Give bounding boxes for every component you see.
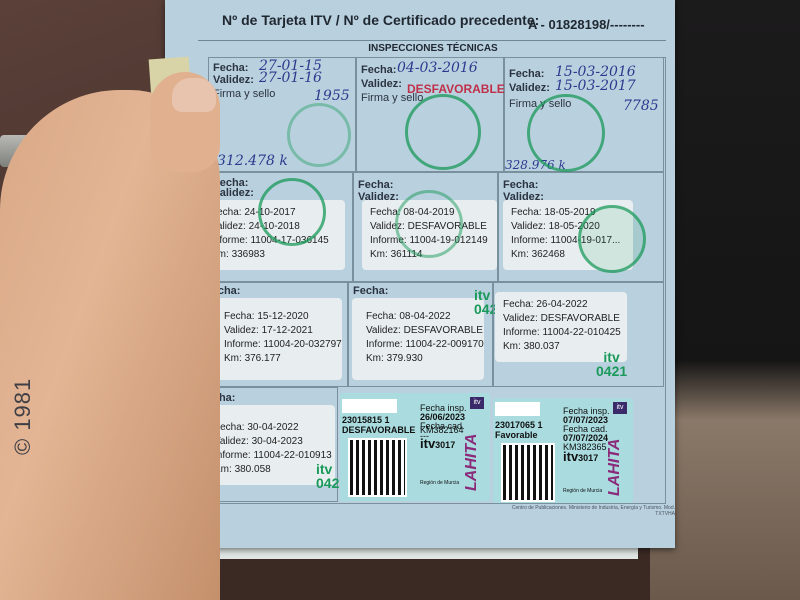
inspection-sticker: Fecha: 15-12-2020 Validez: 17-12-2021 In… (202, 298, 342, 380)
green-stamp (287, 103, 351, 167)
green-stamp (395, 190, 463, 258)
inspection-cell: Fecha: Validez: Firma y sello 04-03-2016… (356, 57, 504, 172)
card-number-value: A - 01828198/-------- (528, 17, 645, 32)
inspection-sticker: Fecha: 30-04-2022 Validez: 30-04-2023 In… (200, 405, 335, 485)
card-header: Nº de Tarjeta ITV / Nº de Certificado pr… (198, 0, 666, 41)
qr-code (501, 443, 555, 502)
green-stamp (405, 94, 481, 170)
thumbnail (172, 78, 216, 112)
itv-label-sticker: 23017065 1 Favorable Fecha insp. 07/07/2… (493, 398, 633, 503)
tattoo: © 1981 (10, 378, 36, 455)
section-title: INSPECCIONES TÉCNICAS (200, 43, 666, 54)
unfavorable-stamp: DESFAVORABLE (407, 82, 505, 96)
itv-label-sticker: 23015815 1 DESFAVORABLE Fecha insp. 26/0… (340, 393, 490, 501)
inspection-cell: Fecha: Validez: Firma y sello 15-03-2016… (504, 57, 664, 172)
green-stamp (258, 178, 326, 246)
inspection-sticker: Fecha: 08-04-2022 Validez: DESFAVORABLE … (352, 298, 484, 380)
card-number-label: Nº de Tarjeta ITV / Nº de Certificado pr… (222, 12, 539, 28)
publisher-footnote: Centro de Publicaciones. Ministerio de I… (495, 505, 675, 517)
qr-code (348, 438, 407, 497)
green-stamp (527, 94, 605, 172)
inspection-cell: Fecha: Validez: Firma y sello 27-01-15 2… (208, 57, 356, 172)
itv-stamp: itv0421 (596, 350, 627, 378)
green-stamp (578, 205, 646, 273)
